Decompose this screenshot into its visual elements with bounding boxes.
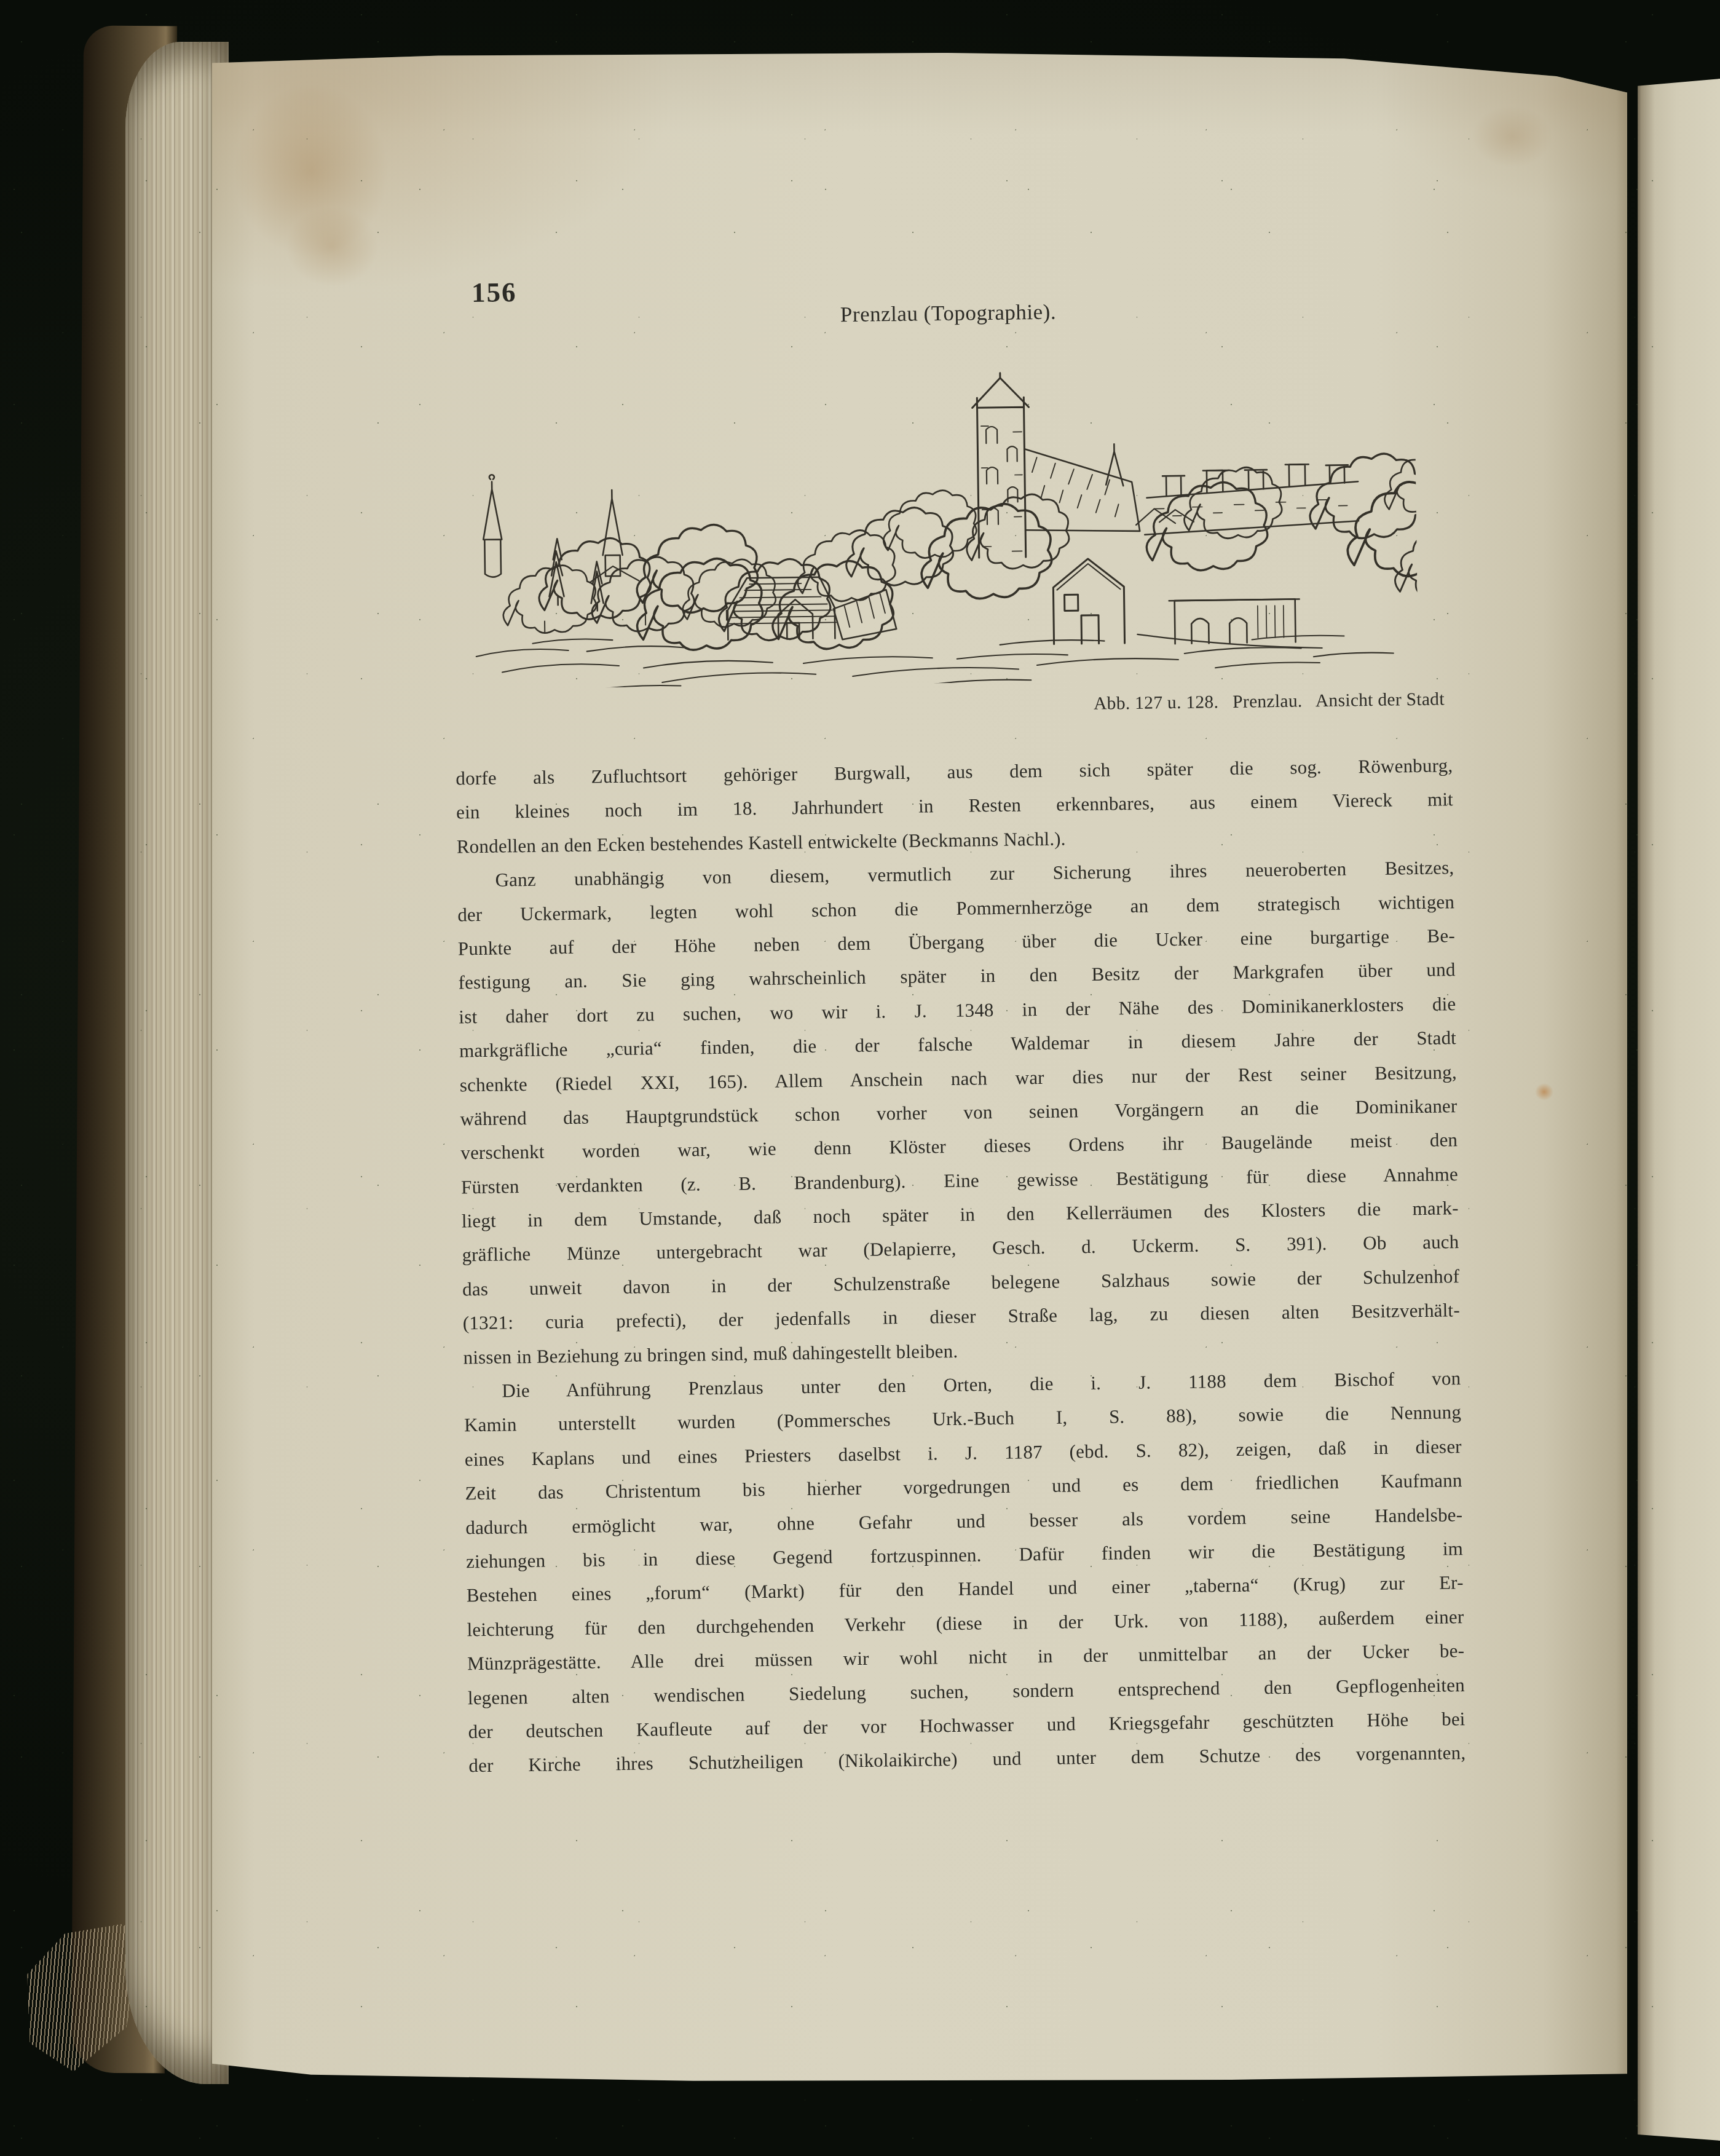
village-spires — [483, 473, 639, 612]
white-gable-house — [778, 599, 813, 639]
book-page: 156 Prenzlau (Topographie). — [212, 53, 1627, 2083]
page-content: 156 Prenzlau (Topographie). — [200, 44, 1642, 2093]
figure-caption: Abb. 127 u. 128. Prenzlau. Ansicht der S… — [455, 689, 1445, 722]
book-scan: 156 Prenzlau (Topographie). — [0, 0, 1720, 2156]
sloping-roof-building — [833, 590, 896, 639]
facing-page-edge — [1638, 79, 1720, 2141]
figure — [456, 366, 1418, 689]
body-text: dorfe als Zufluchtsort gehöriger Burgwal… — [456, 748, 1466, 1783]
tree-band-left — [502, 489, 1070, 654]
page-number: 156 — [471, 276, 517, 309]
foreground-house — [1053, 558, 1125, 644]
meadow-strokes — [476, 628, 1394, 689]
running-head: Prenzlau (Topographie). — [449, 294, 1446, 332]
church-nave — [1024, 444, 1140, 532]
town-panorama-illustration — [456, 366, 1418, 689]
town-wall — [1144, 464, 1359, 535]
church-tower — [972, 373, 1031, 558]
